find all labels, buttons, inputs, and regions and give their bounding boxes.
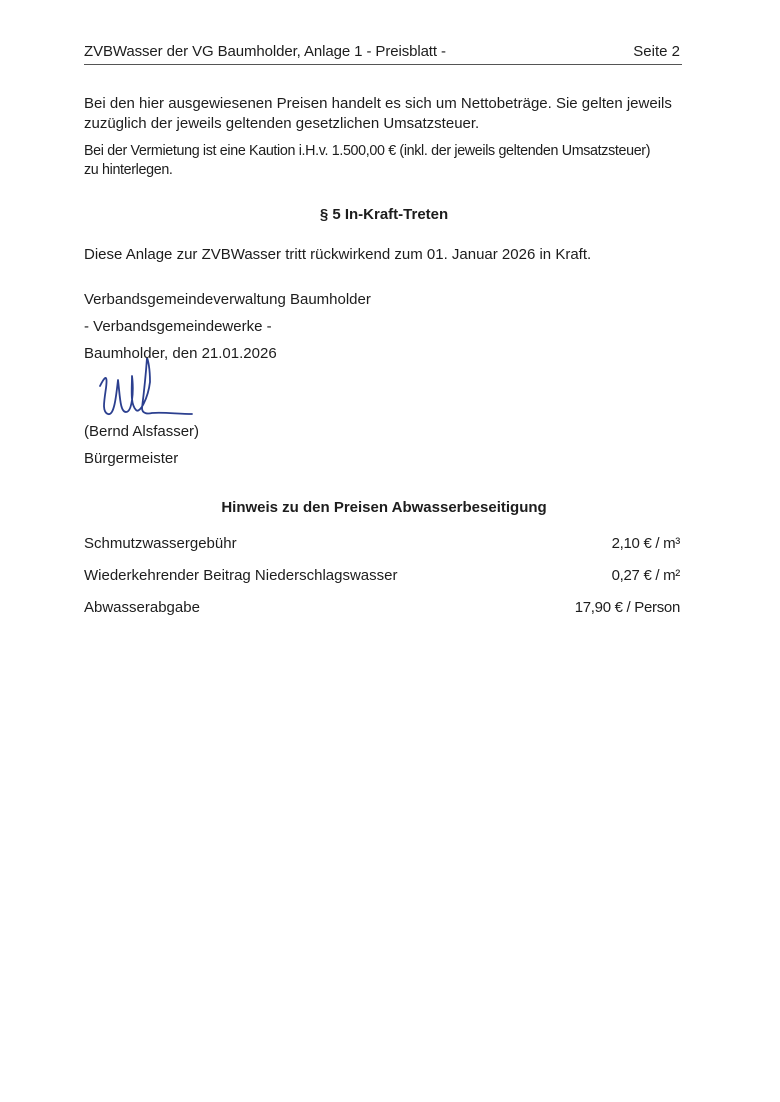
wastewater-heading: Hinweis zu den Preisen Abwasserbeseitigu… xyxy=(84,498,684,518)
deposit-text-line-2: zu hinterlegen. xyxy=(84,160,173,180)
price-row: Wiederkehrender Beitrag Niederschlagswas… xyxy=(84,566,680,586)
section-5-text: Diese Anlage zur ZVBWasser tritt rückwir… xyxy=(84,245,591,265)
price-value: 0,27 € / m² xyxy=(612,566,680,586)
signer-name: (Bernd Alsfasser) xyxy=(84,422,199,442)
page-number: Seite 2 xyxy=(633,42,680,62)
net-prices-text-line-2: zuzüglich der jeweils geltenden gesetzli… xyxy=(84,114,479,134)
document-title: ZVBWasser der VG Baumholder, Anlage 1 - … xyxy=(84,42,446,62)
price-label: Schmutzwassergebühr xyxy=(84,534,237,554)
price-label: Wiederkehrender Beitrag Niederschlagswas… xyxy=(84,566,397,586)
signature-org: Verbandsgemeindeverwaltung Baumholder xyxy=(84,290,371,310)
net-prices-text-line-1: Bei den hier ausgewiesenen Preisen hande… xyxy=(84,94,672,114)
page-header: ZVBWasser der VG Baumholder, Anlage 1 - … xyxy=(84,42,682,65)
deposit-text-line-1: Bei der Vermietung ist eine Kaution i.H.… xyxy=(84,141,650,161)
price-row: Schmutzwassergebühr 2,10 € / m³ xyxy=(84,534,680,554)
price-value: 17,90 € / Person xyxy=(575,598,680,618)
price-row: Abwasserabgabe 17,90 € / Person xyxy=(84,598,680,618)
signature-dept: - Verbandsgemeindewerke - xyxy=(84,317,272,337)
signature-icon xyxy=(92,358,202,424)
price-value: 2,10 € / m³ xyxy=(612,534,680,554)
price-label: Abwasserabgabe xyxy=(84,598,200,618)
section-5-heading: § 5 In-Kraft-Treten xyxy=(84,205,684,225)
signer-role: Bürgermeister xyxy=(84,449,178,469)
